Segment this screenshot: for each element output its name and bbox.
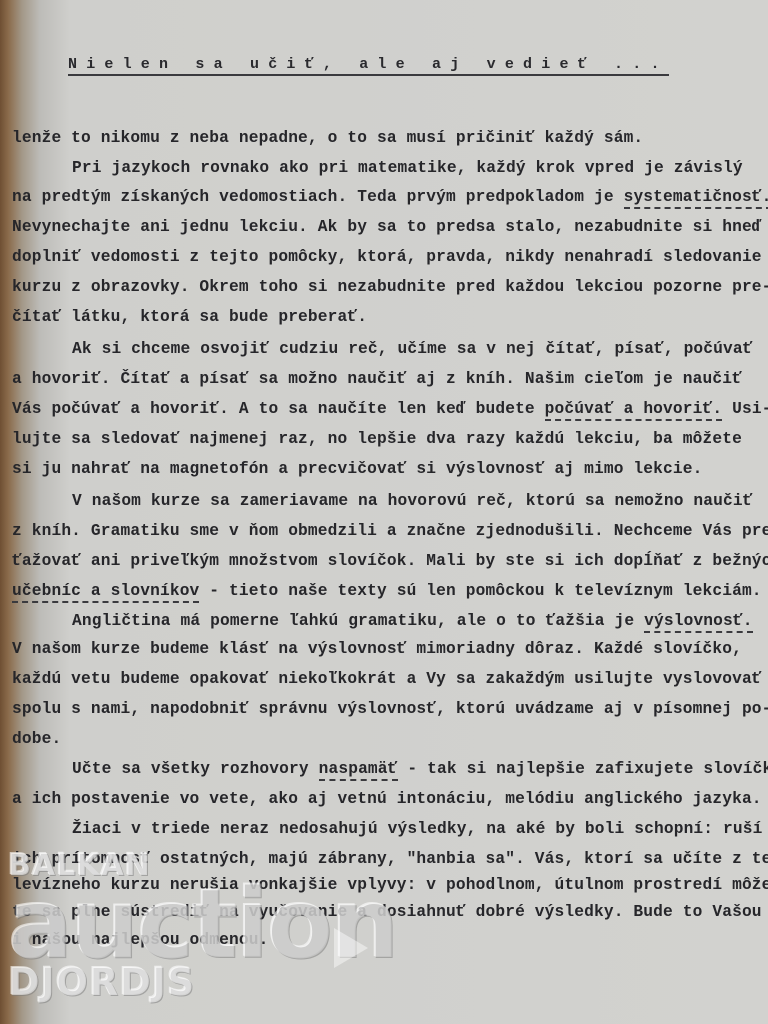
text-line: levízneho kurzu nerušia vonkajšie vplyvy…	[12, 876, 768, 894]
text-segment: - tak si najlepšie zafixujete slovíčka	[398, 760, 768, 778]
text-line: V našom kurze sa zameriavame na hovorovú…	[72, 492, 753, 510]
text-line: učebníc a slovníkov - tieto naše texty s…	[12, 582, 762, 600]
text-line: a ich postavenie vo vete, ako aj vetnú i…	[12, 790, 762, 808]
text-line: Ak si chceme osvojiť cudziu reč, učíme s…	[72, 340, 753, 358]
text-line: i našou najlepšou odmenou.	[12, 931, 268, 949]
text-line: z kníh. Gramatiku sme v ňom obmedzili a …	[12, 522, 768, 540]
underlined-emphasis: výslovnosť.	[644, 612, 753, 633]
text-line: Učte sa všetky rozhovory naspamäť - tak …	[72, 760, 768, 778]
text-line: na predtým získaných vedomostiach. Teda …	[12, 188, 768, 206]
underlined-emphasis: učebníc a slovníkov	[12, 582, 199, 603]
watermark-djordjs: DJORDJS	[8, 960, 195, 1004]
text-line: spolu s nami, napodobniť správnu výslovn…	[12, 700, 768, 718]
play-icon	[334, 928, 368, 968]
text-line: Nevynechajte ani jednu lekciu. Ak by sa …	[12, 218, 762, 236]
text-line: Vás počúvať a hovoriť. A to sa naučíte l…	[12, 400, 768, 418]
text-line: lenže to nikomu z neba nepadne, o to sa …	[12, 129, 643, 147]
text-line: si ju nahrať na magnetofón a precvičovať…	[12, 460, 703, 478]
text-line: každú vetu budeme opakovať niekoľkokrát …	[12, 670, 762, 688]
text-line: dobe.	[12, 730, 61, 748]
document-title: Nielen sa učiť, ale aj vedieť ...	[68, 56, 669, 76]
underlined-emphasis: počúvať a hovoriť.	[545, 400, 723, 421]
text-line: kurzu z obrazovky. Okrem toho si nezabud…	[12, 278, 768, 296]
text-line: Žiaci v triede neraz nedosahujú výsledky…	[72, 820, 763, 838]
text-line: doplniť vedomosti z tejto pomôcky, ktorá…	[12, 248, 762, 266]
text-line: Pri jazykoch rovnako ako pri matematike,…	[72, 159, 743, 177]
text-segment: Angličtina má pomerne ľahkú gramatiku, a…	[72, 612, 644, 630]
text-line: ťažovať ani priveľkým množstvom slovíčok…	[12, 552, 768, 570]
text-segment: Učte sa všetky rozhovory	[72, 760, 319, 778]
text-segment: Vás počúvať a hovoriť. A to sa naučíte l…	[12, 400, 545, 418]
typewritten-page: Nielen sa učiť, ale aj vedieť ... lenže …	[0, 0, 768, 1024]
text-line: te sa plne sústrediť na vyučovanie a dos…	[12, 903, 762, 921]
underlined-emphasis: naspamäť	[319, 760, 398, 781]
text-line: V našom kurze budeme klásť na výslovnosť…	[12, 640, 742, 658]
text-segment: - tieto naše texty sú len pomôckou k tel…	[199, 582, 761, 600]
text-line: Angličtina má pomerne ľahkú gramatiku, a…	[72, 612, 753, 630]
text-line: čítať látku, ktorá sa bude preberať.	[12, 308, 367, 326]
text-line: ich prítomnosť ostatných, majú zábrany, …	[12, 850, 768, 868]
text-segment: na predtým získaných vedomostiach. Teda …	[12, 188, 624, 206]
text-line: a hovoriť. Čítať a písať sa možno naučiť…	[12, 370, 742, 388]
underlined-emphasis: systematičnosť.	[624, 188, 768, 209]
text-line: lujte sa sledovať najmenej raz, no lepši…	[12, 430, 742, 448]
text-segment: Usi-	[722, 400, 768, 418]
